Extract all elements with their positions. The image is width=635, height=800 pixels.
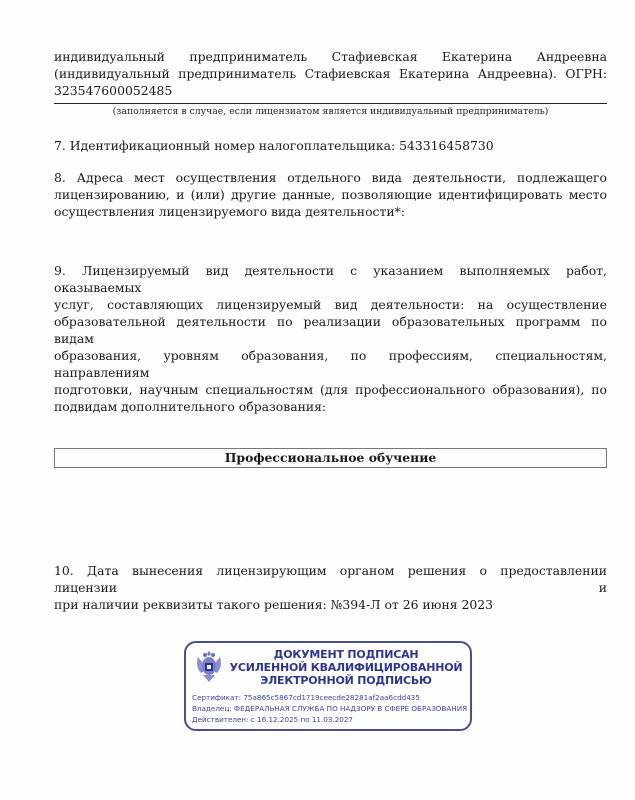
item-10-decision: 10. Дата вынесения лицензирующим органом… bbox=[54, 562, 607, 613]
item-9-activity: 9. Лицензируемый вид деятельности с указ… bbox=[54, 262, 607, 415]
item-9-line: услуг, составляющих лицензируемый вид де… bbox=[54, 296, 607, 313]
item-8-addresses: 8. Адреса мест осуществления отдельного … bbox=[54, 169, 607, 220]
stamp-owner: Владелец: ФЕДЕРАЛЬНАЯ СЛУЖБА ПО НАДЗОРУ … bbox=[192, 703, 472, 714]
item-8-line: осуществления лицензируемого вида деятел… bbox=[54, 203, 607, 220]
word: индивидуальный bbox=[54, 48, 165, 65]
item-10-line: при наличии реквизиты такого решения: №3… bbox=[54, 596, 607, 613]
licensee-line-2: (индивидуальный предприниматель Стафиевс… bbox=[54, 65, 607, 82]
item-9-line: образования, уровням образования, по про… bbox=[54, 347, 607, 381]
item-7-text: 7. Идентификационный номер налогоплатель… bbox=[54, 137, 607, 154]
word: Екатерина bbox=[442, 48, 512, 65]
item-8-line: 8. Адреса мест осуществления отдельного … bbox=[54, 169, 607, 186]
stamp-title-line: ДОКУМЕНТ ПОДПИСАН bbox=[226, 648, 466, 661]
licensee-line-1: индивидуальный предприниматель Стафиевск… bbox=[54, 48, 607, 65]
stamp-certificate: Сертификат: 75a865c5867cd1719ceecde28281… bbox=[192, 692, 472, 703]
item-9-line: образовательной деятельности по реализац… bbox=[54, 313, 607, 347]
activity-type-box: Профессиональное обучение bbox=[54, 448, 607, 468]
stamp-details: Сертификат: 75a865c5867cd1719ceecde28281… bbox=[192, 692, 472, 725]
stamp-title-line: УСИЛЕННОЙ КВАЛИФИЦИРОВАННОЙ bbox=[226, 661, 466, 674]
stamp-title-line: ЭЛЕКТРОННОЙ ПОДПИСЬЮ bbox=[226, 674, 466, 687]
item-10-line: 10. Дата вынесения лицензирующим органом… bbox=[54, 562, 607, 596]
word: Андреевна bbox=[537, 48, 608, 65]
russian-coat-of-arms-icon bbox=[194, 649, 224, 685]
item-9-line: 9. Лицензируемый вид деятельности с указ… bbox=[54, 262, 607, 296]
licensee-caption: (заполняется в случае, если лицензиатом … bbox=[54, 106, 607, 117]
item-8-line: лицензированию, и (или) другие данные, п… bbox=[54, 186, 607, 203]
word: предприниматель bbox=[189, 48, 307, 65]
word: Стафиевская bbox=[332, 48, 418, 65]
item-7-inn: 7. Идентификационный номер налогоплатель… bbox=[54, 137, 607, 154]
stamp-validity: Действителен: с 16.12.2025 по 11.03.2027 bbox=[192, 714, 472, 725]
stamp-title: ДОКУМЕНТ ПОДПИСАН УСИЛЕННОЙ КВАЛИФИЦИРОВ… bbox=[226, 648, 466, 687]
item-9-line: подвидам дополнительного образования: bbox=[54, 398, 607, 415]
underline-rule bbox=[54, 103, 607, 104]
digital-signature-stamp: ДОКУМЕНТ ПОДПИСАН УСИЛЕННОЙ КВАЛИФИЦИРОВ… bbox=[184, 641, 472, 731]
item-9-line: подготовки, научным специальностям (для … bbox=[54, 381, 607, 398]
licensee-name-block: индивидуальный предприниматель Стафиевск… bbox=[54, 48, 607, 99]
licensee-ogrn: 323547600052485 bbox=[54, 82, 607, 99]
